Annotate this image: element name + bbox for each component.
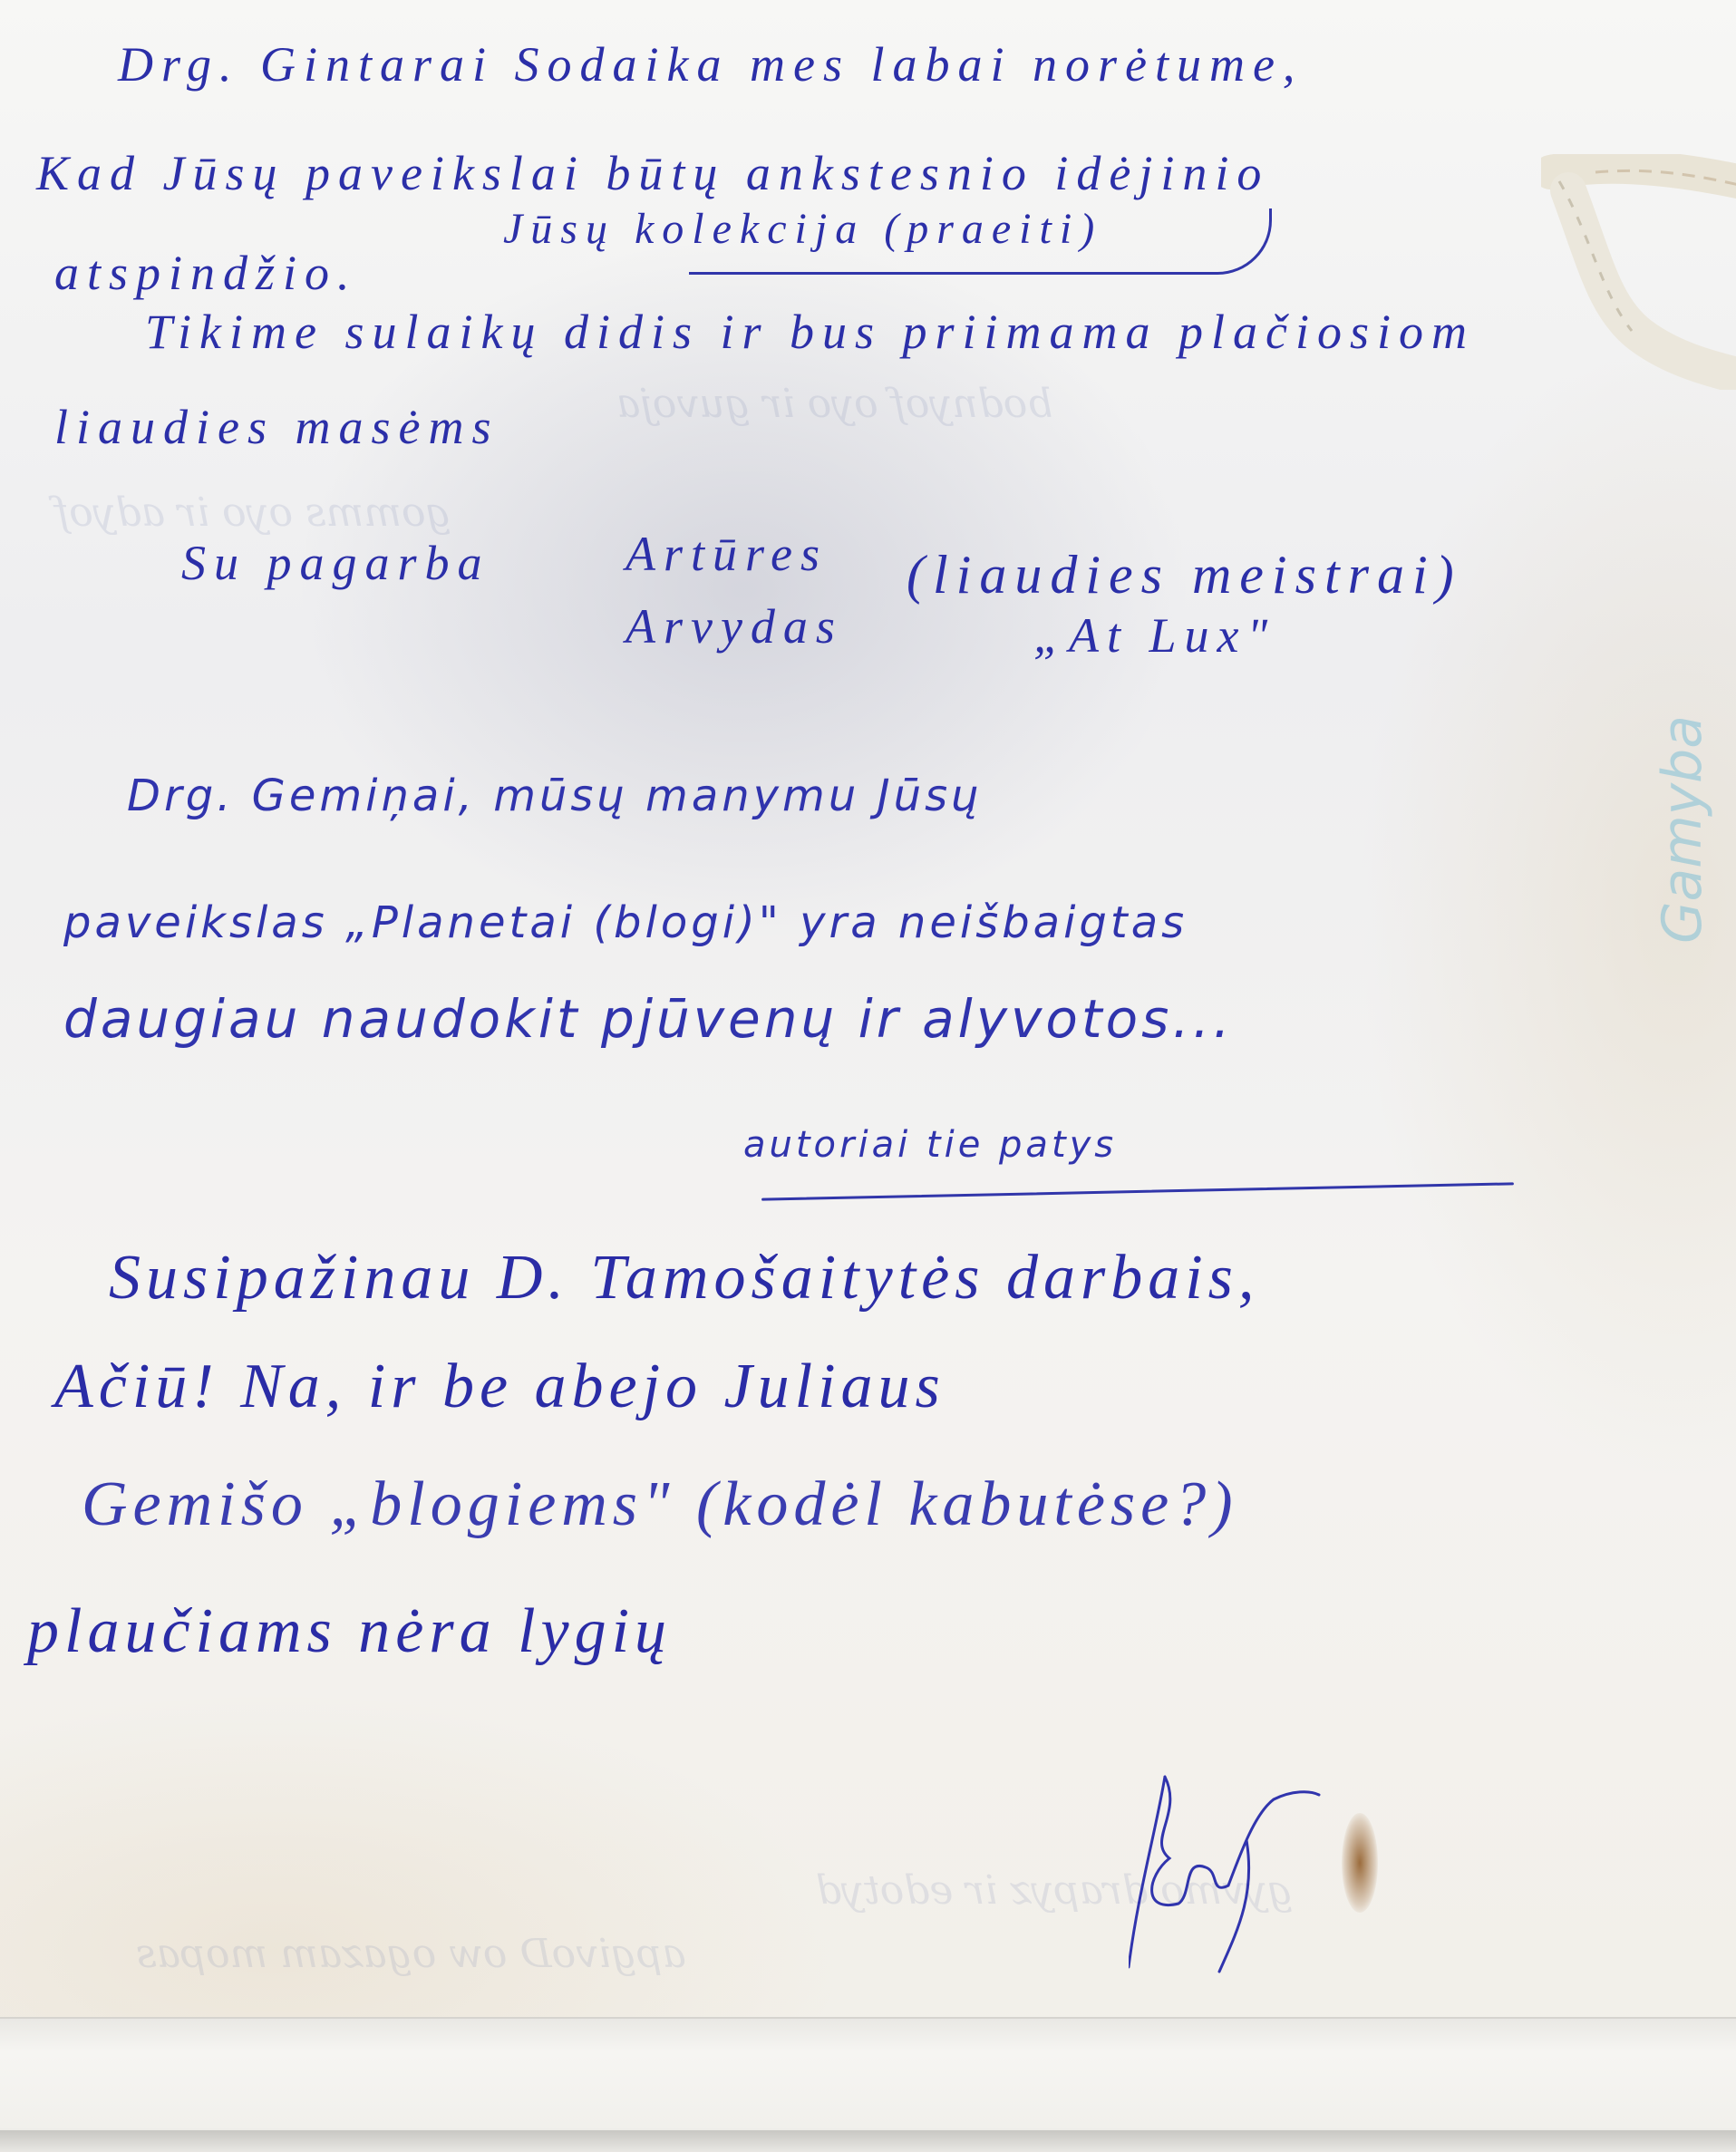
entry-1-signers-group: „At Lux" (1033, 607, 1275, 664)
entry-2-line-3: daugiau naudokit pjūvenų ir alyvotos... (63, 988, 1234, 1050)
entry-3-line-1: Susipažinau D. Tamošaitytės darbais, (109, 1242, 1259, 1314)
binding-rope (1541, 154, 1736, 390)
signature-underline (761, 1182, 1514, 1200)
ghost-text: gomms oyo ir adyof (54, 490, 451, 536)
entry-1-signer-2: Arvydas (626, 598, 843, 654)
entry-1-line-5: liaudies masėms (54, 399, 499, 455)
rust-stain (1342, 1813, 1378, 1913)
entry-1-line-3: atspindžio. (54, 245, 358, 301)
entry-2-line-2: paveikslas „Planetai (blogi)" yra neišba… (63, 897, 1188, 948)
entry-1-signers-note: (liaudies meistrai) (907, 544, 1462, 606)
entry-1-closing: Su pagarba (181, 535, 490, 591)
page-bottom-edge (0, 2130, 1736, 2152)
entry-1-signer-1: Artūres (626, 526, 828, 582)
entry-3-line-3: Gemišo „blogiems" (kodėl kabutėse?) (82, 1469, 1238, 1541)
entry-1-line-2: Kad Jūsų paveikslai būtų ankstesnio idėj… (36, 145, 1269, 201)
ghost-text: apgivoD ow ogazam mopas (136, 1931, 686, 1977)
paper-page: gomms oyo ir adyof bodnyof oyo ir guvoja… (0, 0, 1736, 2152)
entry-1-line-4: Tikime sulaikų didis ir bus priimama pla… (145, 304, 1475, 360)
entry-3-line-2: Ačiū! Na, ir be abejo Juliaus (54, 1351, 946, 1423)
ghost-text: bodnyof oyo ir guvoja (616, 381, 1052, 427)
entry-2-line-1: Drg. Gemiņai, mūsų manymu Jūsų (127, 771, 983, 821)
stamp-mark: Gamyba (1651, 715, 1714, 944)
entry-2-signature-line: autoriai tie patys (743, 1124, 1117, 1166)
insertion-underline (689, 208, 1272, 275)
signature-scribble (1129, 1759, 1328, 1976)
entry-3-line-4: plaučiams nėra lygių (27, 1595, 672, 1668)
entry-1-line-1: Drg. Gintarai Sodaika mes labai norėtume… (118, 36, 1303, 92)
